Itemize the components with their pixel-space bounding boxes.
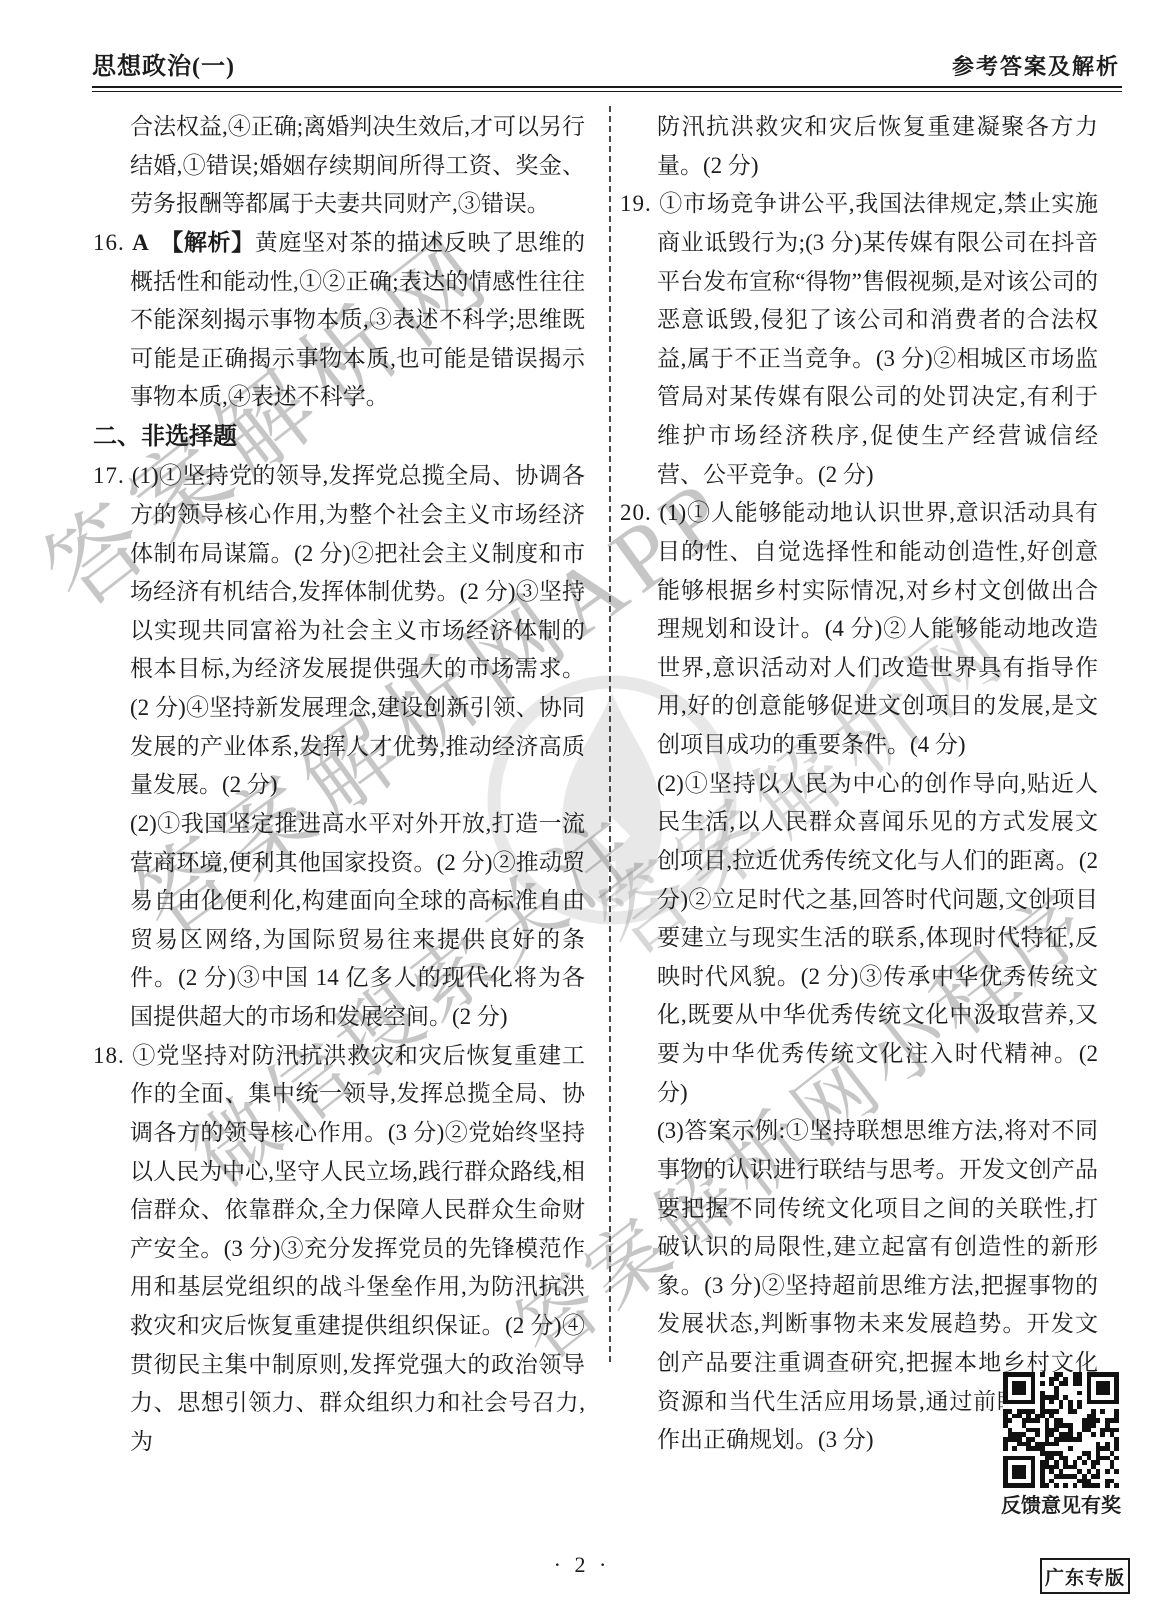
answer-text: (1)①人能够能动地认识世界,意识活动具有目的性、自觉选择性和能动创造性,好创意…: [657, 500, 1098, 757]
question-number: 16.: [93, 230, 132, 255]
answer-20-part2: (2)①坚持以人民为中心的创作导向,贴近人民生活,以人民群众喜闻乐见的方式发展文…: [620, 765, 1098, 1113]
question-number: 19.: [620, 191, 659, 216]
question-number: 18.: [93, 1043, 132, 1068]
column-divider-dashed: [609, 106, 611, 1362]
answer-key-page: 答案解析网答案解析网APP微信搜索关注答案解析网小程序答案解析网 思想政治(一)…: [0, 0, 1164, 1623]
left-answer-column: 合法权益,④正确;离婚判决生效后,才可以另行结婚,①错误;婚姻存续期间所得工资、…: [93, 108, 585, 1462]
answer-16: 16. A 【解析】黄庭坚对茶的描述反映了思维的概括性和能动性,①②正确;表达的…: [93, 224, 585, 417]
section-heading: 二、非选择题: [93, 417, 585, 457]
answer-text: 二、非选择题: [93, 424, 237, 450]
qr-caption: 反馈意见有奖: [991, 1489, 1131, 1518]
analysis-label: 【解析】: [172, 230, 255, 255]
answer-17-part2: (2)①我国坚定推进高水平对外开放,打造一流营商环境,便利其他国家投资。(2 分…: [93, 805, 585, 1037]
answer-15-continuation: 合法权益,④正确;离婚判决生效后,才可以另行结婚,①错误;婚姻存续期间所得工资、…: [93, 108, 585, 224]
page-header: 思想政治(一) 参考答案及解析: [92, 46, 1120, 81]
answer-text: 黄庭坚对茶的描述反映了思维的概括性和能动性,①②正确;表达的情感性往往不能深刻揭…: [130, 230, 585, 410]
answer-text: 合法权益,④正确;离婚判决生效后,才可以另行结婚,①错误;婚姻存续期间所得工资、…: [130, 114, 585, 216]
qr-code: [1003, 1372, 1119, 1488]
edition-badge: 广东专版: [1040, 1558, 1130, 1594]
answer-18-continuation: 防汛抗洪救灾和灾后恢复重建凝聚各方力量。(2 分): [620, 108, 1098, 185]
answer-20-part1: 20. (1)①人能够能动地认识世界,意识活动具有目的性、自觉选择性和能动创造性…: [620, 494, 1098, 764]
answer-17-part1: 17. (1)①坚持党的领导,发挥党总揽全局、协调各方的领导核心作用,为整个社会…: [93, 457, 585, 805]
answer-18: 18. ①党坚持对防汛抗洪救灾和灾后恢复重建工作的全面、集中统一领导,发挥总揽全…: [93, 1037, 585, 1462]
header-divider-rule: [92, 86, 1122, 92]
page-number: · 2 ·: [0, 1552, 1164, 1578]
answer-text: 防汛抗洪救灾和灾后恢复重建凝聚各方力量。(2 分): [657, 114, 1098, 178]
answer-key-title: 参考答案及解析: [952, 50, 1120, 81]
answer-text: (2)①我国坚定推进高水平对外开放,打造一流营商环境,便利其他国家投资。(2 分…: [130, 811, 585, 1029]
question-number: 17.: [93, 463, 132, 488]
answer-text: ①党坚持对防汛抗洪救灾和灾后恢复重建工作的全面、集中统一领导,发挥总揽全局、协调…: [130, 1043, 585, 1454]
question-number: 20.: [620, 500, 659, 525]
right-answer-column: 防汛抗洪救灾和灾后恢复重建凝聚各方力量。(2 分)19. ①市场竞争讲公平,我国…: [620, 108, 1098, 1460]
answer-19: 19. ①市场竞争讲公平,我国法律规定,禁止实施商业诋毁行为;(3 分)某传媒有…: [620, 185, 1098, 494]
choice-answer: A: [132, 230, 172, 255]
answer-text: ①市场竞争讲公平,我国法律规定,禁止实施商业诋毁行为;(3 分)某传媒有限公司在…: [657, 191, 1098, 486]
answer-text: (2)①坚持以人民为中心的创作导向,贴近人民生活,以人民群众喜闻乐见的方式发展文…: [657, 771, 1098, 1105]
answer-text: (1)①坚持党的领导,发挥党总揽全局、协调各方的领导核心作用,为整个社会主义市场…: [130, 463, 585, 797]
subject-title: 思想政治(一): [92, 46, 235, 81]
